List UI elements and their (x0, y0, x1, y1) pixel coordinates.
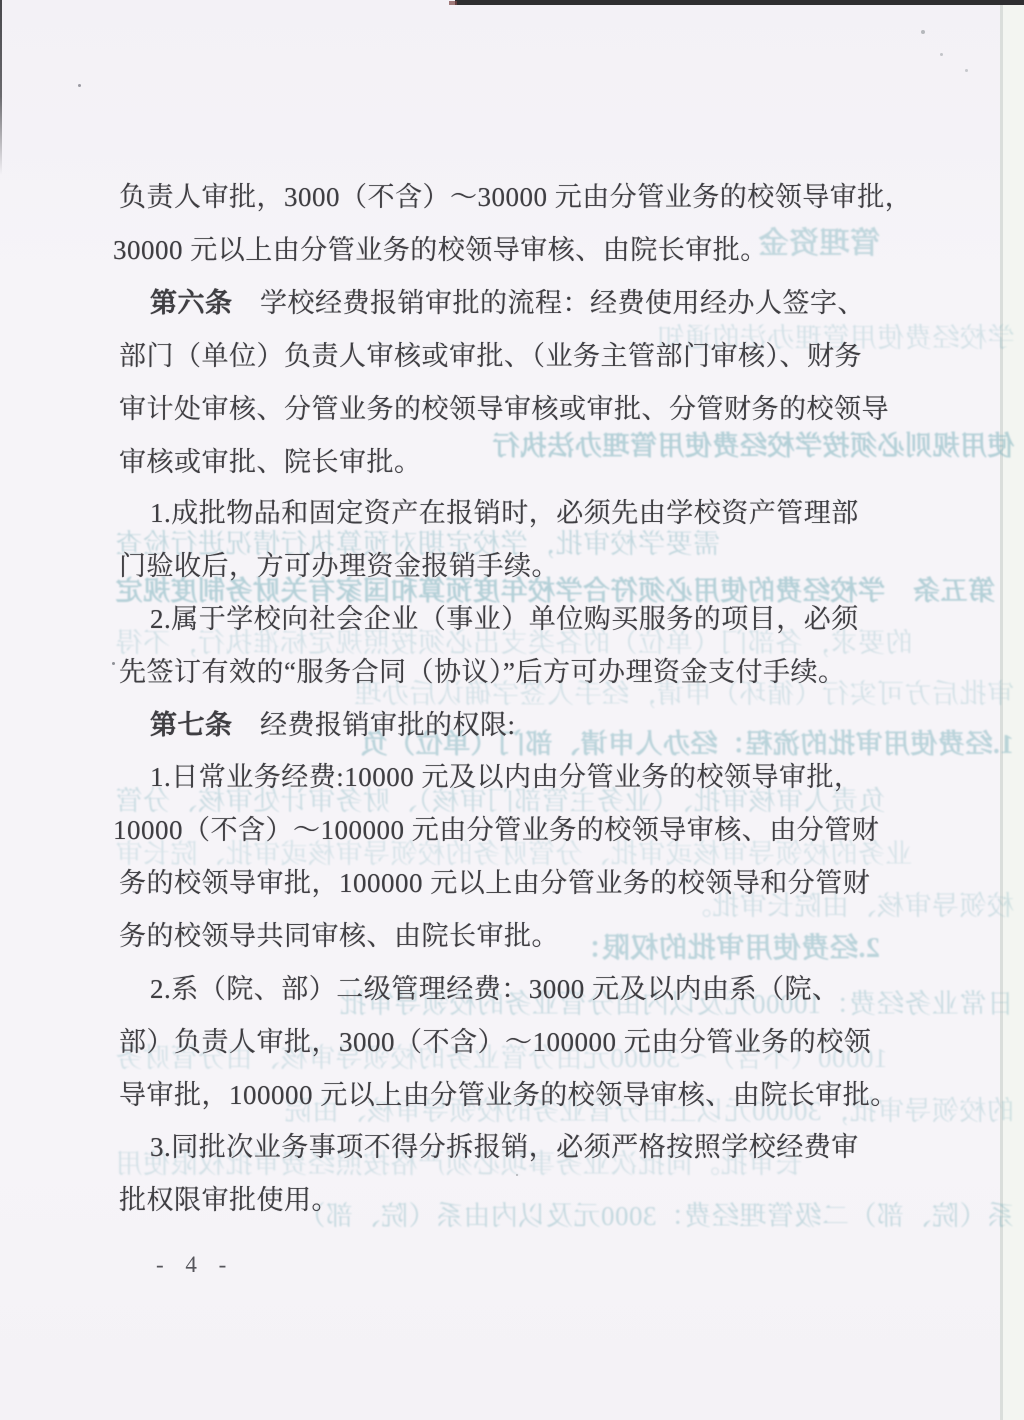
dust-speck (965, 69, 968, 72)
dust-speck (940, 53, 943, 56)
page-number: - 4 - (156, 1252, 234, 1278)
dust-speck (78, 84, 81, 87)
dust-speck (112, 662, 115, 665)
speck-layer (0, 0, 1024, 1420)
dust-speck (516, 1174, 518, 1176)
dust-speck (921, 30, 925, 34)
